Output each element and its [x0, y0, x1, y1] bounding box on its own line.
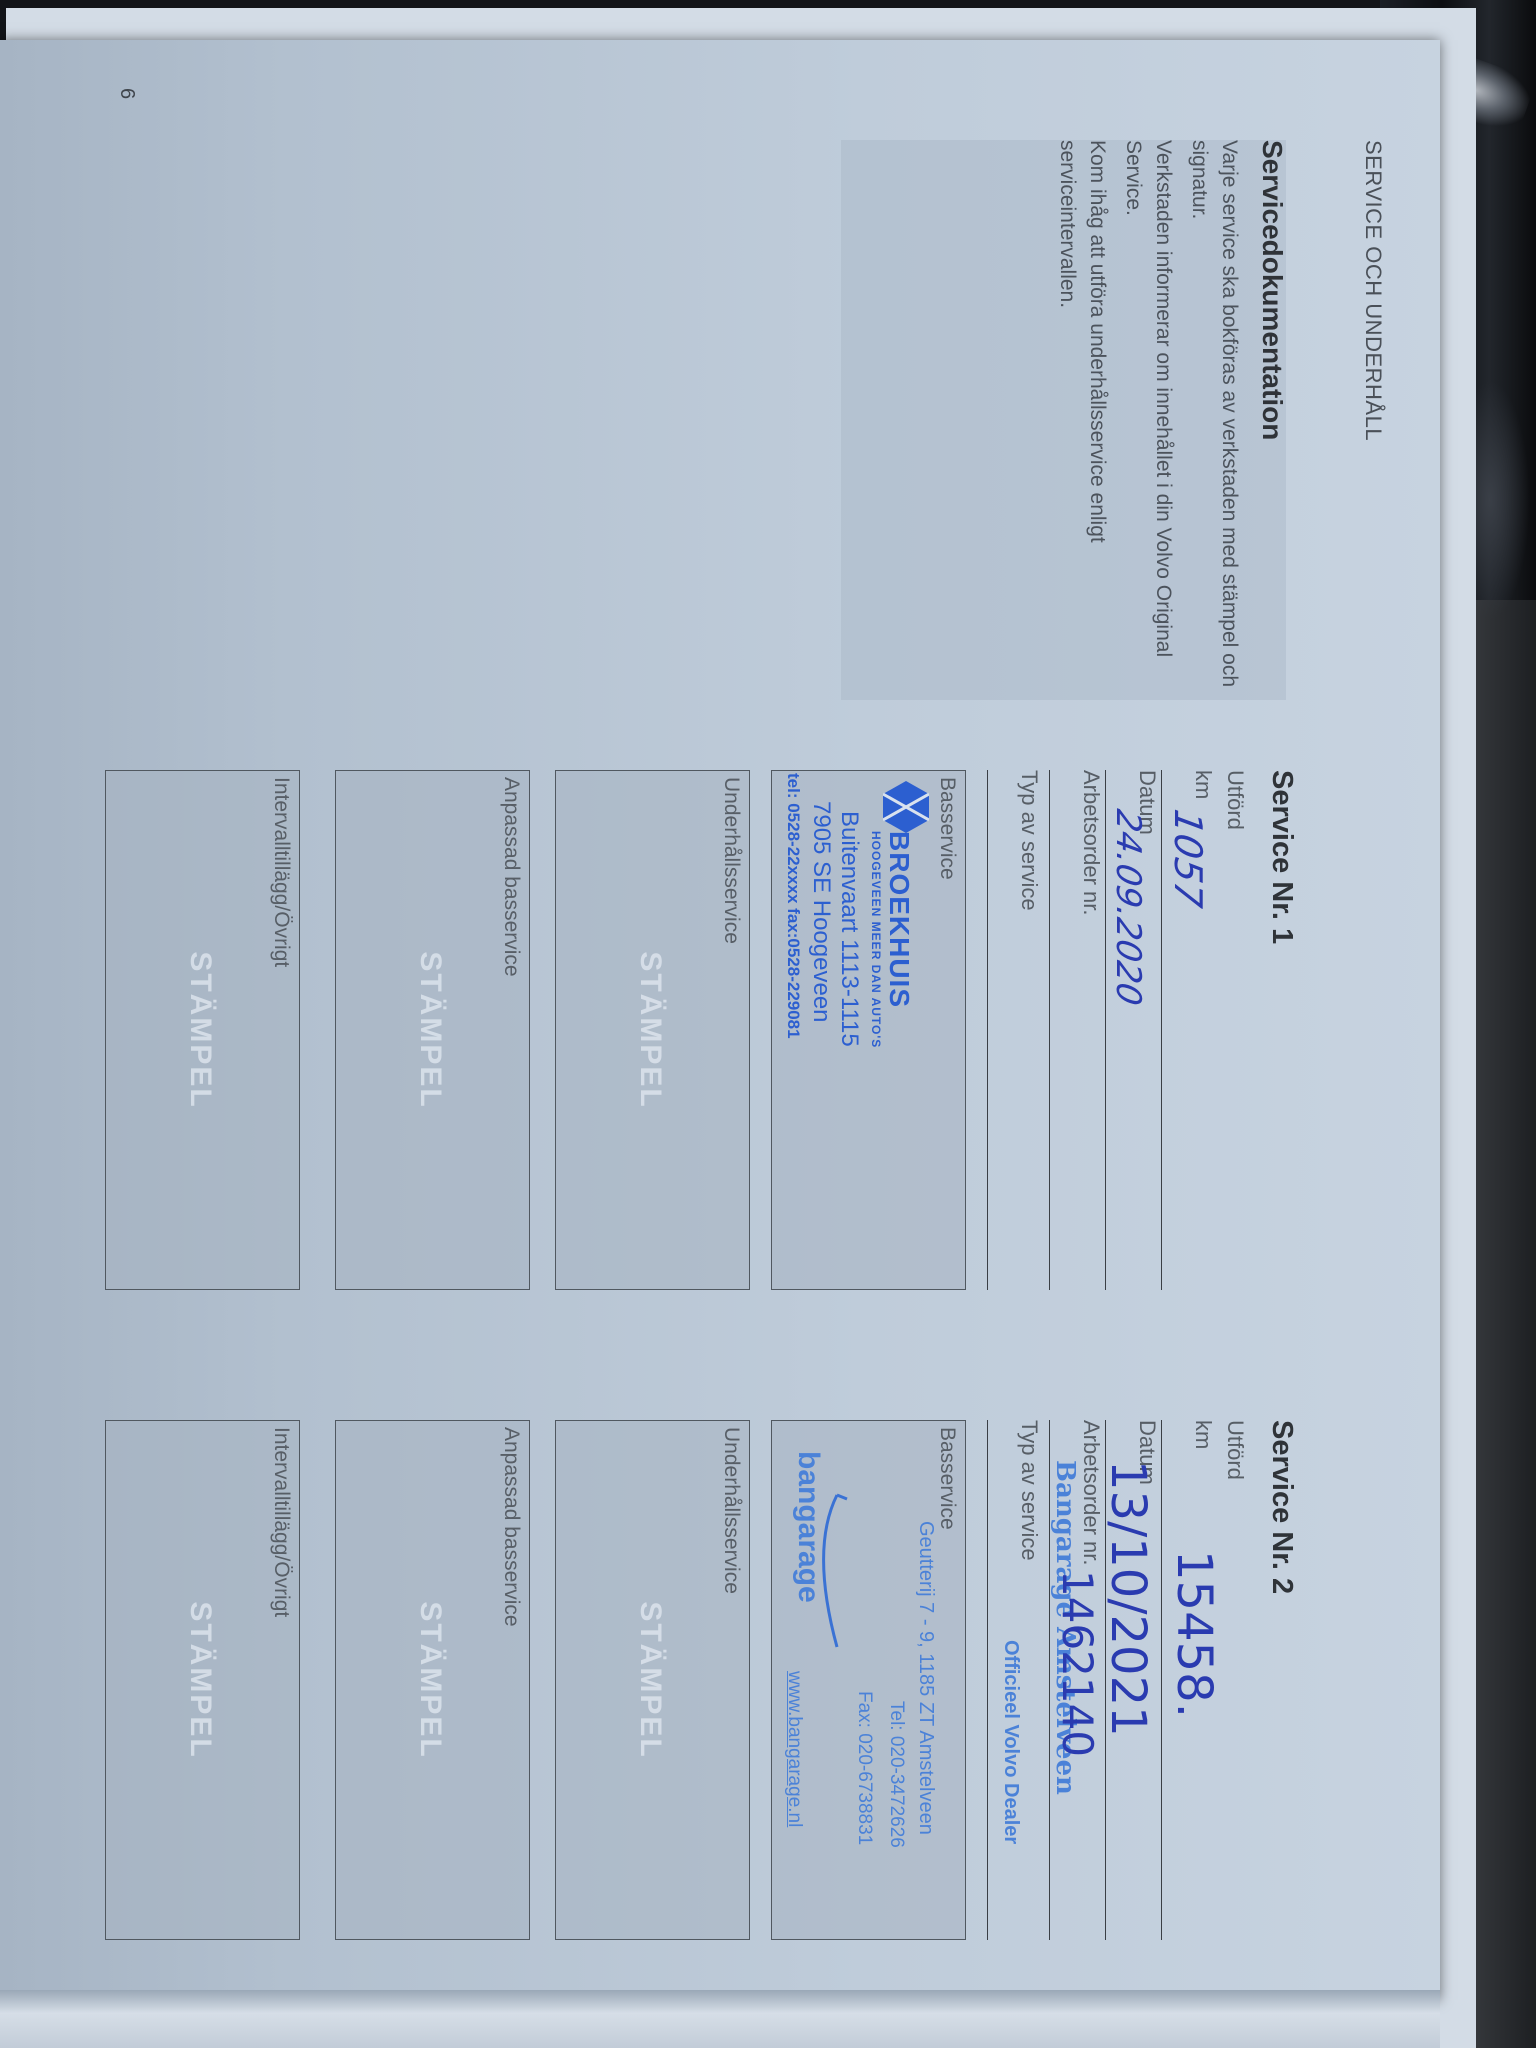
broekhuis-logo-icon	[883, 781, 929, 833]
stamp-contact: tel: 0528-22xxxx fax:0528-229081	[783, 773, 803, 1048]
binding-gutter	[0, 1990, 1440, 2048]
arbetsorder-label: Arbetsorder nr.	[1078, 1420, 1104, 1566]
box-label: Anpassad basservice	[499, 777, 523, 977]
box-label: Anpassad basservice	[499, 1427, 523, 1627]
box-label: Underhållsservice	[719, 777, 743, 944]
stamp-fax: Fax: 020-6738831	[853, 1691, 875, 1845]
datum-field[interactable]: Datum 24.09.2020	[1105, 770, 1162, 1290]
intro-body: Varje service ska bokföras av verkstaden…	[1046, 140, 1244, 700]
stamp-box-basservice[interactable]: Basservice Geutterij 7 - 9, 1185 ZT Amst…	[771, 1420, 966, 1940]
stamp-placeholder: STÄMPEL	[633, 1421, 667, 1939]
intro-paragraph: Kom ihåg att utföra underhållsservice en…	[1052, 140, 1112, 700]
stamp-address-1: Buitenvaart 1113-1115	[835, 811, 863, 1048]
booklet-page-rotated: SERVICE OCH UNDERHÅLL Servicedokumentati…	[0, 0, 1536, 2048]
arbetsorder-label: Arbetsorder nr.	[1078, 770, 1104, 916]
stamp-box-anpassad-basservice[interactable]: Anpassad basservice STÄMPEL	[335, 770, 530, 1290]
intro-paragraph: Verkstaden informerar om innehållet i di…	[1118, 140, 1178, 700]
box-label: Basservice	[935, 777, 959, 880]
box-label: Basservice	[935, 1427, 959, 1530]
broekhuis-stamp: BROEKHUIS HOOGEVEEN MEER DAN AUTO'S Buit…	[783, 831, 915, 1048]
stamp-placeholder: STÄMPEL	[183, 1421, 217, 1939]
datum-field[interactable]: Datum 13/10/2021	[1105, 1420, 1162, 1940]
stamp-box-underhallsservice[interactable]: Underhållsservice STÄMPEL	[555, 770, 750, 1290]
stamp-box-intervalltillagg[interactable]: Intervalltillägg/Övrigt STÄMPEL	[105, 1420, 300, 1940]
box-label: Intervalltillägg/Övrigt	[269, 1427, 293, 1617]
typ-av-service-row: Typ av service Officieel Volvo Dealer	[987, 1420, 1044, 1940]
intro-paragraph: Varje service ska bokföras av verkstaden…	[1184, 140, 1244, 700]
box-label: Underhållsservice	[719, 1427, 743, 1594]
stamp-placeholder: STÄMPEL	[633, 771, 667, 1289]
stamp-placeholder: STÄMPEL	[413, 771, 447, 1289]
km-label: km	[1190, 770, 1216, 799]
box-label: Intervalltillägg/Övrigt	[269, 777, 293, 967]
service-title: Service Nr. 1	[1265, 770, 1298, 944]
service-title: Service Nr. 2	[1265, 1420, 1298, 1594]
typ-av-service-label: Typ av service	[1016, 1420, 1042, 1561]
utford-label: Utförd	[1222, 1420, 1248, 1480]
stamp-address-2: 7905 SE Hoogeveen	[807, 801, 835, 1048]
km-handwritten-value: 1057	[1166, 806, 1210, 910]
arbetsorder-field[interactable]: Arbetsorder nr.	[1049, 770, 1106, 1290]
km-field[interactable]: km 15458.	[1161, 1420, 1218, 1940]
datum-handwritten-value: 13/10/2021	[1100, 1460, 1156, 1737]
utford-label: Utförd	[1222, 770, 1248, 830]
running-head: SERVICE OCH UNDERHÅLL	[1360, 140, 1386, 441]
arbetsorder-handwritten-value: 1462140	[1053, 1570, 1102, 1757]
typ-av-service-row: Typ av service	[987, 770, 1044, 1290]
stamp-box-basservice[interactable]: Basservice BROEKHUIS HOOGEVEEN MEER DAN …	[771, 770, 966, 1290]
page-number: 6	[115, 88, 138, 99]
km-field[interactable]: km 1057	[1161, 770, 1218, 1290]
stamp-placeholder: STÄMPEL	[183, 771, 217, 1289]
stamp-tel: Tel: 020-3472626	[885, 1701, 907, 1848]
km-handwritten-value: 15458.	[1166, 1550, 1222, 1718]
km-label: km	[1190, 1420, 1216, 1449]
datum-handwritten-value: 24.09.2020	[1108, 806, 1148, 1008]
stamp-box-underhallsservice[interactable]: Underhållsservice STÄMPEL	[555, 1420, 750, 1940]
stamp-web: www.bangarage.nl	[783, 1671, 805, 1827]
stamp-tagline: HOOGEVEEN MEER DAN AUTO'S	[869, 831, 883, 1048]
arbetsorder-field[interactable]: Arbetsorder nr. Bangarage Amstelveen 146…	[1049, 1420, 1106, 1940]
intro-title: Servicedokumentation	[1256, 140, 1288, 440]
stamp-dealer: Officieel Volvo Dealer	[999, 1640, 1022, 1844]
stamp-logo-text: bangarage	[791, 1451, 825, 1603]
stamp-placeholder: STÄMPEL	[413, 1421, 447, 1939]
stamp-name: BROEKHUIS	[883, 831, 915, 1048]
stamp-box-anpassad-basservice[interactable]: Anpassad basservice STÄMPEL	[335, 1420, 530, 1940]
stamp-box-intervalltillagg[interactable]: Intervalltillägg/Övrigt STÄMPEL	[105, 770, 300, 1290]
stamp-address: Geutterij 7 - 9, 1185 ZT Amstelveen	[914, 1521, 937, 1835]
typ-av-service-label: Typ av service	[1016, 770, 1042, 911]
